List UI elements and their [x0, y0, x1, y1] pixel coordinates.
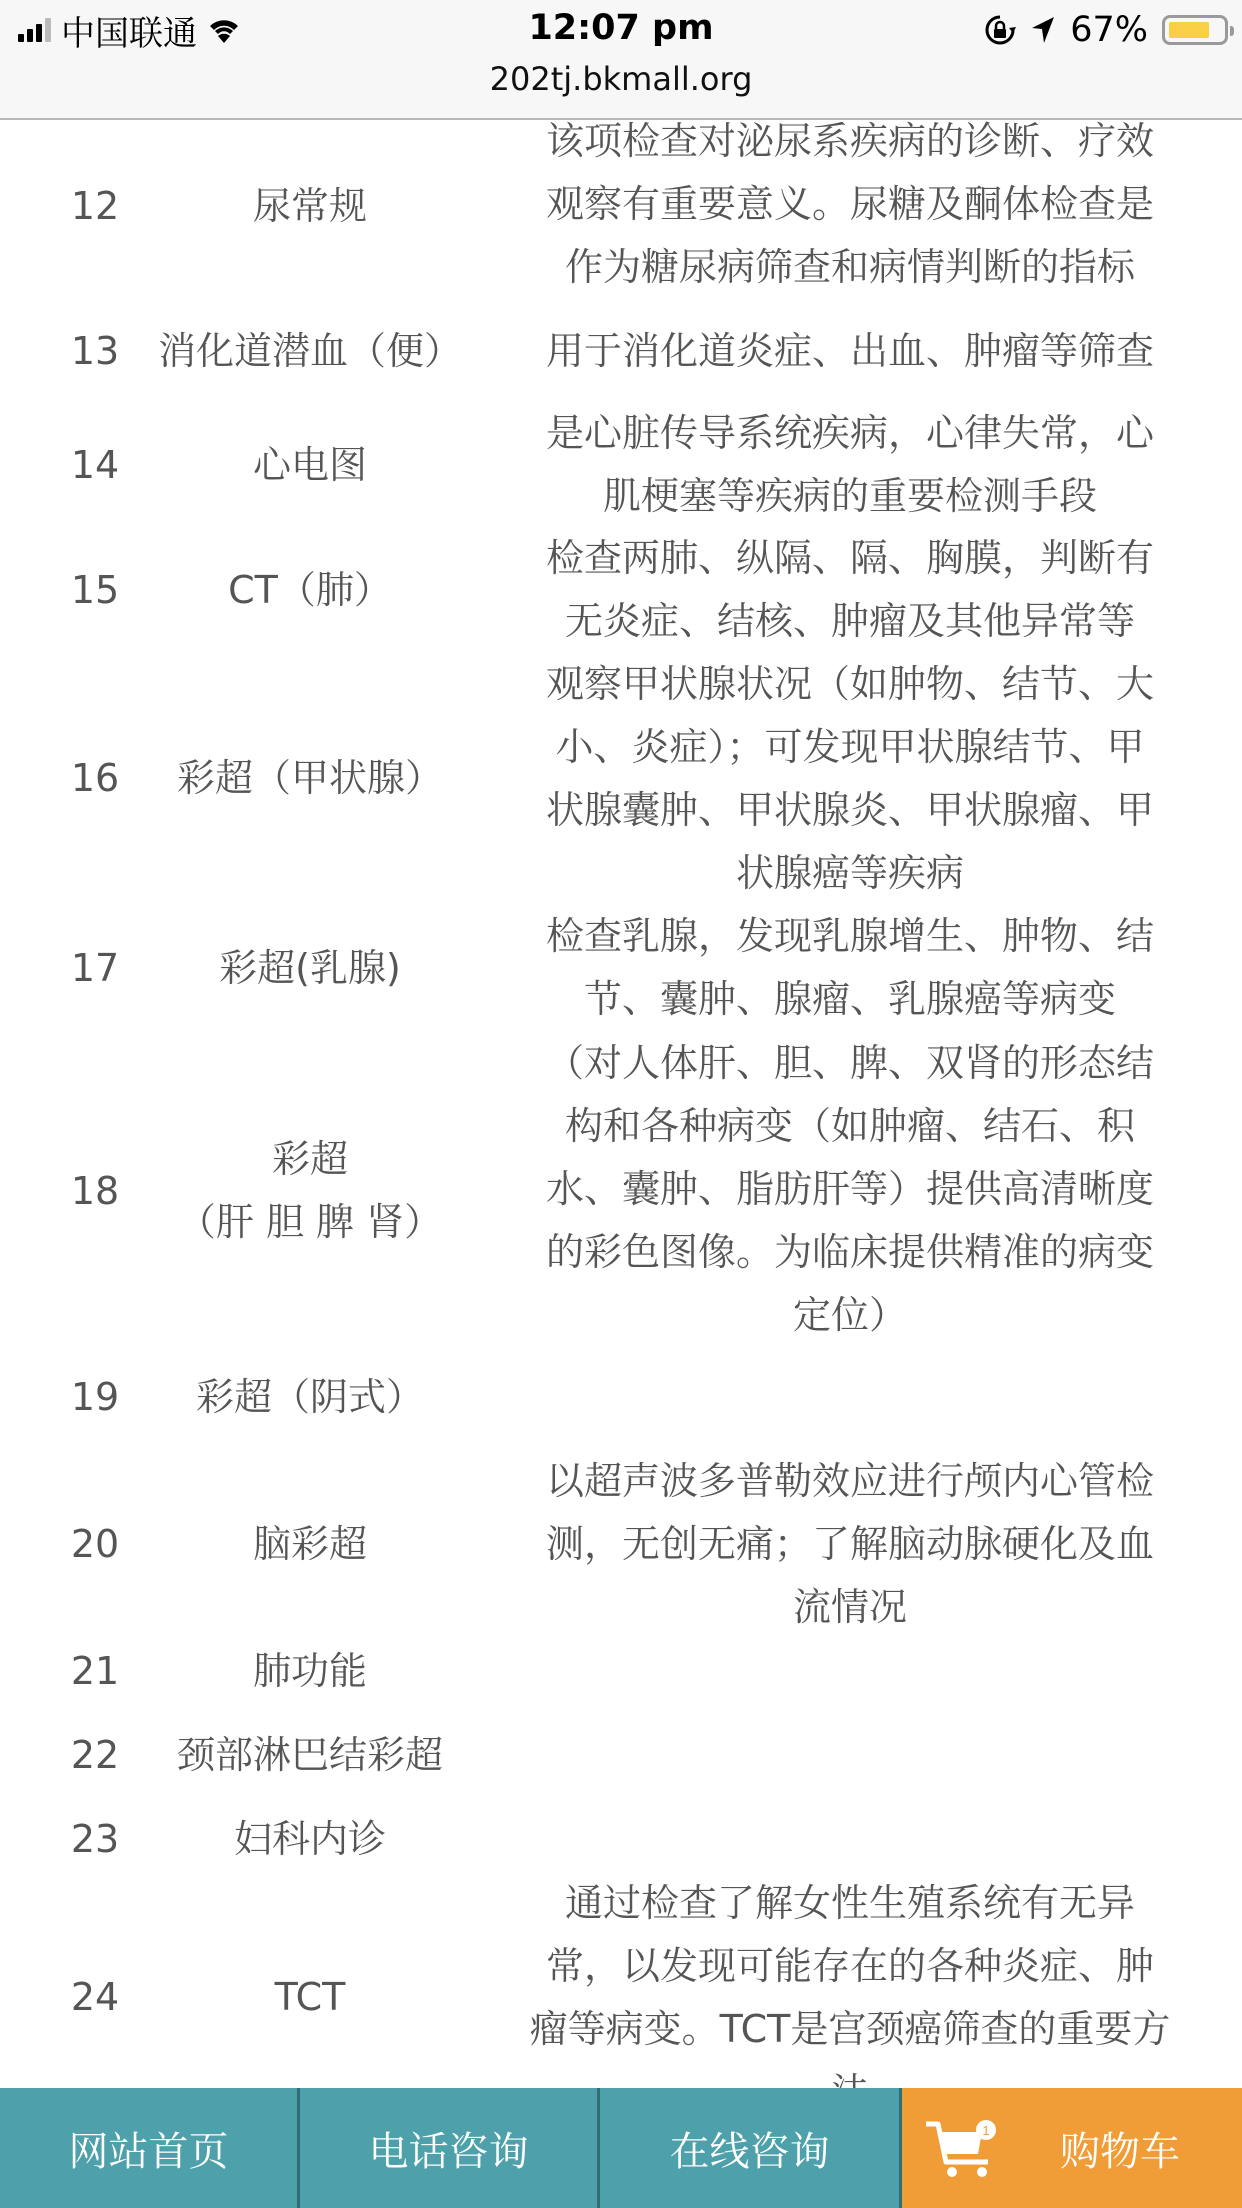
row-number: 12 [50, 175, 140, 238]
row-number: 17 [50, 937, 140, 1000]
exam-name: 彩超（甲状腺） [140, 747, 480, 810]
home-button[interactable]: 网站首页 [0, 2088, 300, 2208]
row-number: 22 [50, 1724, 140, 1787]
row-number: 15 [50, 559, 140, 622]
exam-description: 用于消化道炎症、出血、肿瘤等筛查 [500, 320, 1200, 383]
exam-name: TCT [140, 1966, 480, 2029]
exam-name: 尿常规 [140, 175, 480, 238]
row-number: 20 [50, 1513, 140, 1576]
exam-name: 妇科内诊 [140, 1808, 480, 1871]
online-consult-button[interactable]: 在线咨询 [600, 2088, 902, 2208]
battery-icon [1162, 15, 1228, 45]
exam-description: 观察甲状腺状况（如肿物、结节、大小、炎症）；可发现甲状腺结节、甲状腺囊肿、甲状腺… [500, 653, 1200, 905]
svg-text:1: 1 [982, 2123, 989, 2138]
bottom-nav: 网站首页 电话咨询 在线咨询 1 购物车 [0, 2088, 1242, 2208]
exam-name: 彩超（肝 胆 脾 肾） [140, 1128, 480, 1254]
cart-label: 购物车 [1060, 2088, 1180, 2208]
url-bar[interactable]: 202tj.bkmall.org [0, 60, 1242, 98]
cart-icon: 1 [924, 2118, 1004, 2180]
exam-description: 检查两肺、纵隔、隔、胸膜，判断有无炎症、结核、肿瘤及其他异常等 [500, 527, 1200, 653]
exam-description: 该项检查对泌尿系疾病的诊断、疗效观察有重要意义。尿糖及酮体检查是作为糖尿病筛查和… [500, 110, 1200, 299]
exam-name: 彩超(乳腺) [140, 937, 480, 1000]
row-number: 19 [50, 1366, 140, 1429]
exam-name: 心电图 [140, 434, 480, 497]
cart-button[interactable]: 1 购物车 [902, 2088, 1242, 2208]
battery-percent: 67% [1070, 10, 1148, 50]
row-number: 14 [50, 434, 140, 497]
row-number: 18 [50, 1160, 140, 1223]
row-number: 24 [50, 1966, 140, 2029]
exam-description: （对人体肝、胆、脾、双肾的形态结构和各种病变（如肿瘤、结石、积水、囊肿、脂肪肝等… [500, 1032, 1200, 1347]
location-arrow-icon [1030, 15, 1056, 45]
row-number: 21 [50, 1640, 140, 1703]
exam-description: 通过检查了解女性生殖系统有无异常，以发现可能存在的各种炎症、肿瘤等病变。TCT是… [500, 1872, 1200, 2124]
exam-description: 检查乳腺，发现乳腺增生、肿物、结节、囊肿、腺瘤、乳腺癌等病变 [500, 905, 1200, 1031]
exam-description: 是心脏传导系统疾病，心律失常，心肌梗塞等疾病的重要检测手段 [500, 402, 1200, 528]
exam-description: 以超声波多普勒效应进行颅内心管检测，无创无痛；了解脑动脉硬化及血流情况 [500, 1450, 1200, 1639]
exam-name: 肺功能 [140, 1640, 480, 1703]
exam-name: CT（肺） [140, 559, 480, 622]
row-number: 13 [50, 320, 140, 383]
phone-consult-button[interactable]: 电话咨询 [300, 2088, 600, 2208]
exam-name: 彩超（阴式） [140, 1366, 480, 1429]
orientation-lock-icon [984, 14, 1016, 46]
row-number: 23 [50, 1808, 140, 1871]
exam-name: 消化道潜血（便） [140, 320, 480, 383]
row-number: 16 [50, 747, 140, 810]
browser-header: 中国联通 12:07 pm 67% 202tj.bkmall.org [0, 0, 1242, 120]
exam-name: 颈部淋巴结彩超 [140, 1724, 480, 1787]
status-right: 67% [984, 10, 1228, 50]
exam-name: 脑彩超 [140, 1513, 480, 1576]
status-bar: 中国联通 12:07 pm 67% [0, 0, 1242, 60]
